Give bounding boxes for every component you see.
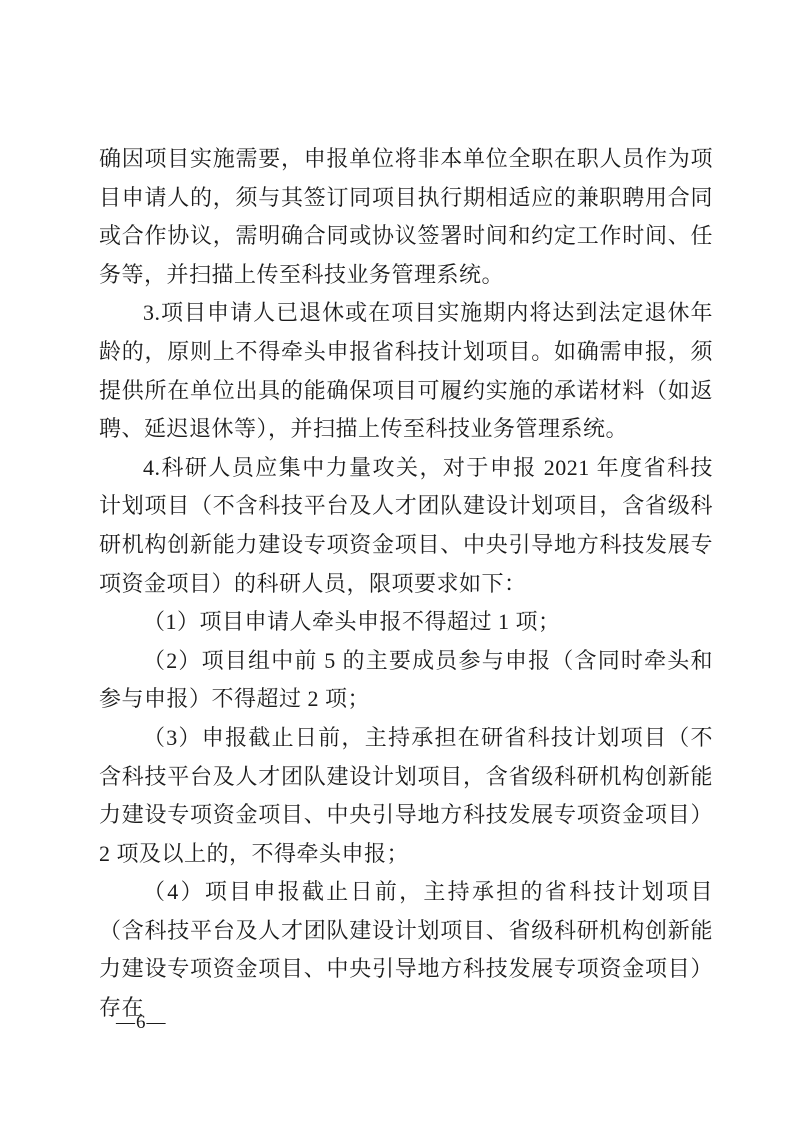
paragraph-subitem-1: （1）项目申请人牵头申报不得超过 1 项； (99, 603, 713, 642)
paragraph-item-4: 4.科研人员应集中力量攻关，对于申报 2021 年度省科技计划项目（不含科技平台… (99, 449, 713, 603)
paragraph-subitem-3: （3）申报截止日前，主持承担在研省科技计划项目（不含科技平台及人才团队建设计划项… (99, 719, 713, 873)
paragraph-continuation: 确因项目实施需要，申报单位将非本单位全职在职人员作为项目申请人的，须与其签订同项… (99, 140, 713, 294)
paragraph-subitem-4: （4）项目申报截止日前，主持承担的省科技计划项目（含科技平台及人才团队建设计划项… (99, 873, 713, 1027)
paragraph-subitem-2: （2）项目组中前 5 的主要成员参与申报（含同时牵头和参与申报）不得超过 2 项… (99, 642, 713, 719)
document-body: 确因项目实施需要，申报单位将非本单位全职在职人员作为项目申请人的，须与其签订同项… (99, 140, 713, 1028)
document-page: 确因项目实施需要，申报单位将非本单位全职在职人员作为项目申请人的，须与其签订同项… (0, 0, 793, 1122)
paragraph-item-3: 3.项目申请人已退休或在项目实施期内将达到法定退休年龄的，原则上不得牵头申报省科… (99, 294, 713, 448)
page-number: —6— (116, 1012, 167, 1034)
